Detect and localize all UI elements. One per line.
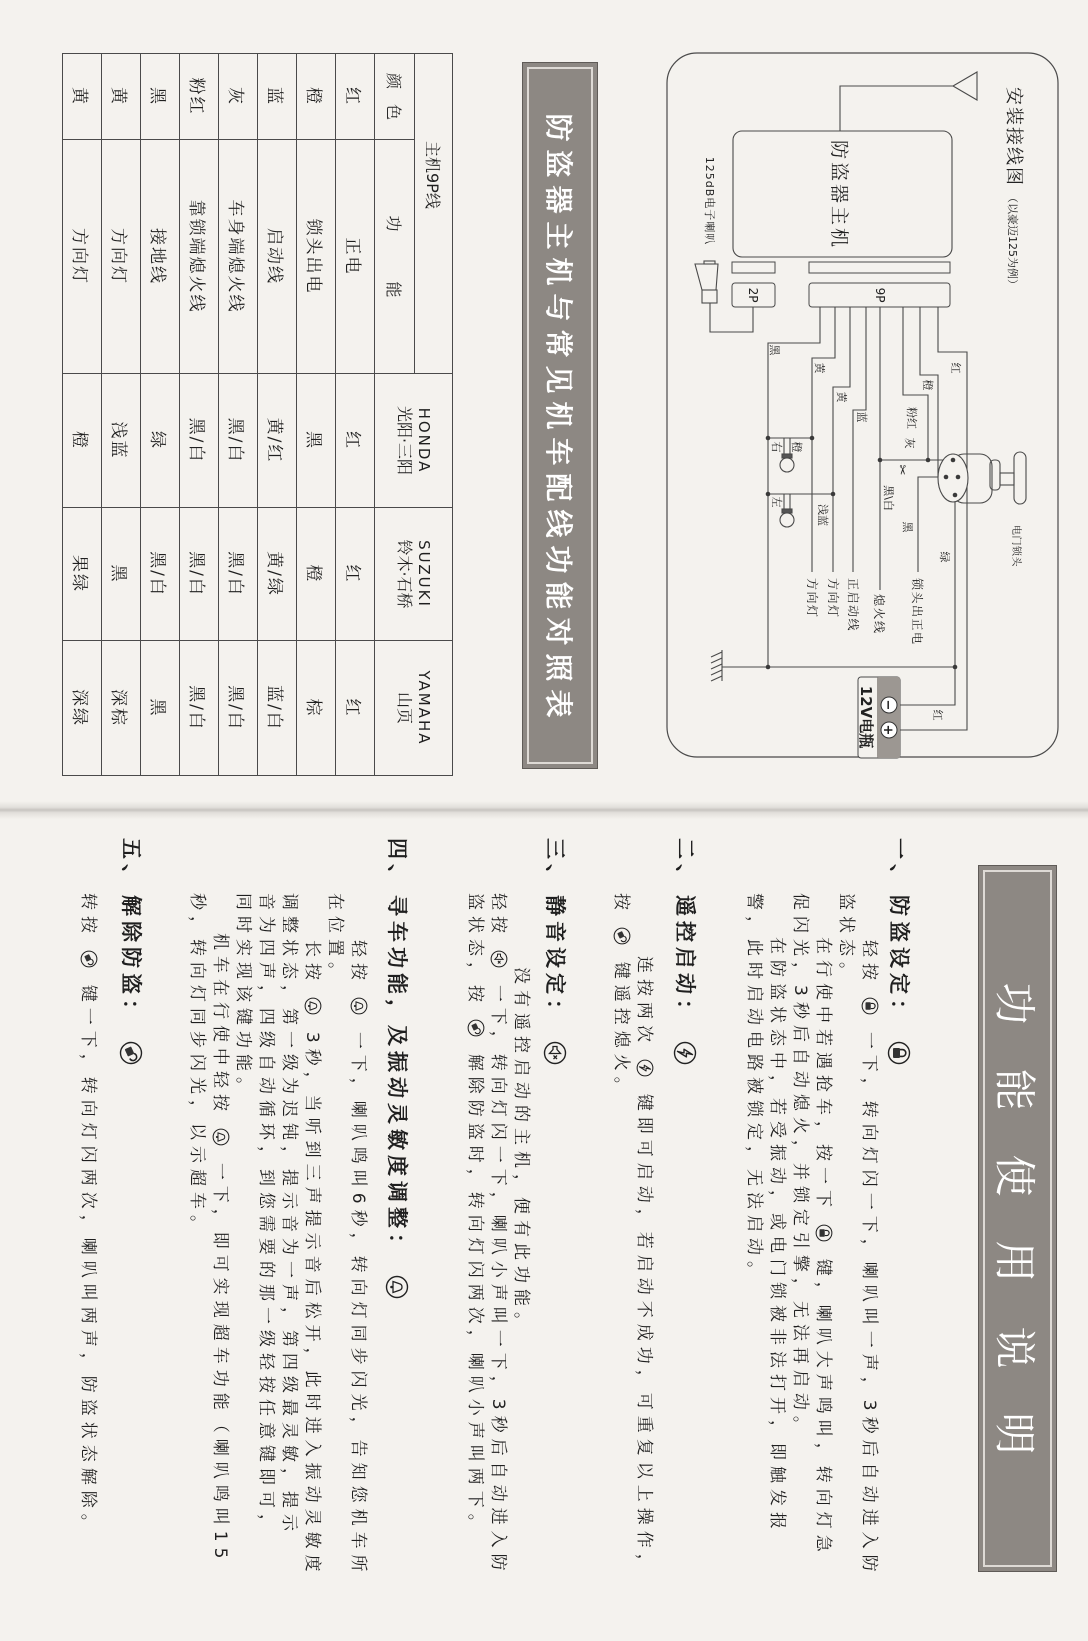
text-run: 一下，转向灯闪一下，喇叭叫一声，3秒后自动进入防 bbox=[859, 1032, 879, 1578]
table-row: 粉红 靠锁端熄火线 黑/白 黑/白 黑/白 bbox=[180, 54, 219, 776]
section-number: 二、 bbox=[672, 838, 698, 895]
text-line: 音为四声，四级自动循环，到您需要的那一级轻按任意键即可， bbox=[254, 893, 277, 1578]
bell-icon bbox=[210, 1117, 230, 1163]
text-run: 键一下，转向灯闪两次，喇叭叫两声，防盗状态解除。 bbox=[78, 985, 98, 1537]
cell-color: 红 bbox=[336, 54, 375, 140]
cell-yamaha: 深棕 bbox=[102, 641, 141, 776]
text-line: 连按两次 键即可启动，若启动不成功，可重复以上操作， bbox=[632, 893, 655, 1577]
header-function: 功能 bbox=[375, 140, 415, 374]
wiring-diagram: 安装接线图 （以豪迈125为例） 防盗器主机 2P 9P 125dB电子喇叭 bbox=[648, 0, 1088, 780]
text-run: 在位置。 bbox=[325, 893, 345, 985]
header-brand-suzuki: SUZUKI 铃木·石桥 bbox=[375, 508, 453, 641]
text-line: 没有遥控启动的主机，便有此功能。 bbox=[509, 893, 532, 1577]
section-body-disarm: 转按 键一下，转向灯闪两次，喇叭叫两声，防盗状态解除。 bbox=[76, 893, 99, 1537]
endpoint-label-lock-output: 锁头出正电 bbox=[910, 578, 925, 646]
cell-suzuki: 黑/白 bbox=[141, 508, 180, 641]
section-heading-find-car-sensitivity: 四、寻车功能，及振动灵敏度调整： bbox=[384, 838, 410, 1299]
text-run: 键遥控熄火。 bbox=[611, 962, 631, 1100]
lock-icon bbox=[859, 986, 879, 1032]
cell-suzuki: 红 bbox=[336, 508, 375, 641]
text-line: 同时实现该键功能。 bbox=[231, 893, 254, 1578]
text-run: 调整状态，第一级为迟钝，提示音为一声，第四级最灵敏，提示 bbox=[279, 893, 299, 1537]
brand-name-en: YAMAHA bbox=[414, 641, 433, 775]
text-run: 在行使中若遇抢车，按一下 bbox=[813, 937, 833, 1213]
cell-honda: 红 bbox=[336, 374, 375, 508]
speaker-label: 125dB电子喇叭 bbox=[703, 157, 717, 246]
cell-function: 方向灯 bbox=[63, 140, 102, 374]
unlock-icon bbox=[78, 939, 98, 985]
cell-function: 正电 bbox=[336, 140, 375, 374]
text-run: 解除防盗时，转向灯闪两次，喇叭小声叫两下。 bbox=[465, 1054, 485, 1537]
wire-blue bbox=[853, 307, 866, 572]
text-line: 轻按 一下，喇叭鸣叫6秒，转向灯同步闪光，告知您机车所 bbox=[346, 893, 369, 1578]
section-number: 五、 bbox=[118, 838, 144, 895]
section-title: 遥控启动： bbox=[673, 895, 697, 1025]
text-run: 没有遥控启动的主机，便有此功能。 bbox=[511, 967, 531, 1335]
mute-icon bbox=[543, 1025, 567, 1065]
bell-icon bbox=[302, 986, 322, 1032]
cell-color: 粉红 bbox=[180, 54, 219, 140]
lock-icon bbox=[813, 1213, 833, 1259]
section-title: 防盗设定： bbox=[887, 895, 911, 1025]
cell-yamaha: 深绿 bbox=[63, 641, 102, 776]
text-run: 长按 bbox=[302, 940, 322, 986]
cell-yamaha: 黑/白 bbox=[219, 641, 258, 776]
text-line: 盗状态。 bbox=[834, 893, 857, 1578]
text-run: 轻按 bbox=[348, 940, 368, 986]
table-row: 蓝 启动线 黄/红 黄/绿 蓝/白 bbox=[258, 54, 297, 776]
cell-color: 蓝 bbox=[258, 54, 297, 140]
instructions-title: 功能使用说明 bbox=[988, 982, 1048, 1498]
section-body-remote-start: 连按两次 键即可启动，若启动不成功，可重复以上操作，按 键遥控熄火。 bbox=[609, 893, 655, 1577]
text-line: 按 键遥控熄火。 bbox=[609, 893, 632, 1577]
cell-color: 橙 bbox=[297, 54, 336, 140]
wire-label: 粉红 bbox=[905, 407, 919, 429]
text-line: 轻按 一下，转向灯闪一下，喇叭小声叫一下，3秒后自动进入防 bbox=[486, 893, 509, 1577]
text-line: 轻按 一下，转向灯闪一下，喇叭叫一声，3秒后自动进入防 bbox=[857, 893, 880, 1578]
text-line: 在位置。 bbox=[323, 893, 346, 1578]
scissors-icon: ✂ bbox=[894, 465, 909, 476]
table-row: 红 正电 红 红 红 bbox=[336, 54, 375, 776]
text-run: 按 bbox=[611, 893, 631, 916]
speaker-icon bbox=[695, 261, 753, 332]
bulb-label-right-wire: 橙 bbox=[790, 442, 804, 453]
unlock-icon bbox=[119, 1025, 143, 1065]
cell-honda: 橙 bbox=[63, 374, 102, 508]
cell-yamaha: 黑 bbox=[141, 641, 180, 776]
page-fold-crease bbox=[0, 801, 1088, 819]
text-line: 秒，转向灯同步闪光，以示超车。 bbox=[185, 893, 208, 1578]
wire-label: 黑 bbox=[901, 522, 914, 534]
cell-honda: 黄/红 bbox=[258, 374, 297, 508]
cell-yamaha: 蓝/白 bbox=[258, 641, 297, 776]
table-title: 防盗器主机与常见机车配线功能对照表 bbox=[540, 113, 580, 725]
battery-minus-label: − bbox=[880, 700, 895, 711]
bulb-label-right: 右 bbox=[770, 442, 783, 453]
connector-2p-label: 2P bbox=[746, 288, 760, 303]
text-run: 轻按 bbox=[859, 940, 879, 986]
main-unit-label: 防盗器主机 bbox=[828, 140, 850, 250]
cell-honda: 黑/白 bbox=[180, 374, 219, 508]
text-line: 调整状态，第一级为迟钝，提示音为一声，第四级最灵敏，提示 bbox=[277, 893, 300, 1578]
cell-color: 黄 bbox=[63, 54, 102, 140]
instructions-title-banner: 功能使用说明 bbox=[978, 865, 1057, 1572]
section-heading-anti-theft-setup: 一、防盗设定： bbox=[886, 838, 912, 1065]
diagram-subtitle: （以豪迈125为例） bbox=[1006, 192, 1020, 290]
text-line: 盗状态，按 解除防盗时，转向灯闪两次，喇叭小声叫两下。 bbox=[463, 893, 486, 1577]
endpoint-label-turn-signal: 方向灯 bbox=[826, 578, 841, 619]
text-run: 音为四声，四级自动循环，到您需要的那一级轻按任意键即可， bbox=[256, 893, 276, 1537]
wire-yellow-1 bbox=[812, 307, 835, 572]
section-heading-disarm: 五、解除防盗： bbox=[118, 838, 144, 1065]
cell-honda: 浅蓝 bbox=[102, 374, 141, 508]
cell-function: 启动线 bbox=[258, 140, 297, 374]
section-number: 四、 bbox=[384, 838, 410, 895]
connector-2p-strip bbox=[732, 262, 775, 273]
section-heading-silent-mode: 三、静音设定： bbox=[542, 838, 568, 1065]
text-line: 在行使中若遇抢车，按一下 键，喇叭大声鸣叫，转向灯急 bbox=[811, 893, 834, 1578]
unlock-icon bbox=[465, 1008, 485, 1054]
brand-name-cn: 山页 bbox=[394, 641, 414, 775]
brand-name-en: HONDA bbox=[414, 374, 433, 507]
bulb-label-left: 左 bbox=[770, 497, 783, 508]
wire-label: 灰 bbox=[903, 438, 916, 449]
brand-name-cn: 光阳·三阳 bbox=[394, 374, 414, 507]
table-header-row: 主机9P线 HONDA 光阳·三阳 SUZUKI 铃木·石桥 YAMAHA 山页 bbox=[415, 54, 453, 776]
battery-plus-label: + bbox=[880, 725, 895, 736]
section-body-anti-theft-setup: 轻按 一下，转向灯闪一下，喇叭叫一声，3秒后自动进入防盗状态。在行使中若遇抢车，… bbox=[742, 893, 880, 1578]
cell-suzuki: 黑/白 bbox=[180, 508, 219, 641]
brand-name-en: SUZUKI bbox=[414, 508, 433, 640]
lightning-icon bbox=[673, 1025, 697, 1065]
header-brand-yamaha: YAMAHA 山页 bbox=[375, 641, 453, 776]
section-number: 一、 bbox=[886, 838, 912, 895]
endpoint-label-start-wire: 正启动线 bbox=[846, 578, 861, 632]
table-title-banner: 防盗器主机与常见机车配线功能对照表 bbox=[522, 62, 598, 769]
cell-function: 接地线 bbox=[141, 140, 180, 374]
text-line: 在防盗状态中，若受振动，或电门锁被非法打开，即触发报 bbox=[765, 893, 788, 1578]
text-run: 转按 bbox=[78, 893, 98, 939]
section-body-find-car-sensitivity: 轻按 一下，喇叭鸣叫6秒，转向灯同步闪光，告知您机车所在位置。长按 3秒，当听到… bbox=[185, 893, 369, 1578]
ground-icon bbox=[711, 650, 722, 681]
bell-icon bbox=[385, 1259, 409, 1299]
table-row: 黑 接地线 绿 黑/白 黑 bbox=[141, 54, 180, 776]
diagram-frame bbox=[667, 53, 1058, 757]
cell-color: 黄 bbox=[102, 54, 141, 140]
wire-label: 黑 bbox=[768, 345, 781, 357]
text-run: 3秒，当听到三声提示音后松开，此时进入振动灵敏度 bbox=[302, 1032, 322, 1578]
junction-dots bbox=[766, 436, 961, 670]
table-row: 黄 方向灯 橙 果绿 深绿 bbox=[63, 54, 102, 776]
cell-honda: 黑 bbox=[297, 374, 336, 508]
section-heading-remote-start: 二、遥控启动： bbox=[672, 838, 698, 1065]
text-run: 同时实现该键功能。 bbox=[233, 893, 253, 1100]
section-number: 三、 bbox=[542, 838, 568, 895]
diagram-title: 安装接线图 bbox=[1003, 87, 1024, 187]
wire-label: 绿 bbox=[938, 552, 951, 563]
wire-label: 黄 bbox=[835, 392, 849, 404]
ignition-lock-label: 电门锁头 bbox=[1010, 525, 1023, 567]
cell-honda: 黑/白 bbox=[219, 374, 258, 508]
text-run: 警，此时启动电路被锁定，无法启动。 bbox=[744, 893, 764, 1284]
bell-icon bbox=[348, 986, 368, 1032]
cell-suzuki: 橙 bbox=[297, 508, 336, 641]
endpoint-label-kill-wire: 熄火线 bbox=[872, 594, 887, 635]
cell-yamaha: 黑/白 bbox=[180, 641, 219, 776]
wire-label: 黑\白 bbox=[882, 485, 895, 511]
cell-function: 锁头出电 bbox=[297, 140, 336, 374]
table-row: 黄 方向灯 浅蓝 黑 深棕 bbox=[102, 54, 141, 776]
cell-suzuki: 果绿 bbox=[63, 508, 102, 641]
header-brand-honda: HONDA 光阳·三阳 bbox=[375, 374, 453, 508]
text-run: 一下，喇叭鸣叫6秒，转向灯同步闪光，告知您机车所 bbox=[348, 1032, 368, 1578]
text-run: 在防盗状态中，若受振动，或电门锁被非法打开，即触发报 bbox=[767, 937, 787, 1535]
cell-suzuki: 黑 bbox=[102, 508, 141, 641]
cell-function: 靠锁端熄火线 bbox=[180, 140, 219, 374]
unlock-icon bbox=[611, 916, 631, 962]
wire-label: 蓝 bbox=[855, 412, 869, 423]
section-title: 解除防盗： bbox=[119, 895, 143, 1025]
battery-label: 12V电瓶 bbox=[857, 686, 875, 748]
lightning-icon bbox=[634, 1048, 654, 1094]
header-host-9p-wires: 主机9P线 bbox=[415, 54, 453, 374]
text-run: 机车在行使中轻按 bbox=[210, 933, 230, 1117]
text-run: 促闪光，3秒后自动熄火，并锁定引擎，无法再启动。 bbox=[790, 893, 810, 1439]
text-run: 一下，转向灯闪一下，喇叭小声叫一下，3秒后自动进入防 bbox=[488, 985, 508, 1577]
wire-orange bbox=[920, 307, 938, 477]
cell-color: 灰 bbox=[219, 54, 258, 140]
cell-suzuki: 黄/绿 bbox=[258, 508, 297, 641]
wire-label: 黄 bbox=[813, 363, 827, 375]
text-run: 盗状态，按 bbox=[465, 893, 485, 1008]
cell-function: 方向灯 bbox=[102, 140, 141, 374]
mute-icon bbox=[488, 939, 508, 985]
text-run: 轻按 bbox=[488, 893, 508, 939]
section-body-silent-mode: 没有遥控启动的主机，便有此功能。轻按 一下，转向灯闪一下，喇叭小声叫一下，3秒后… bbox=[463, 893, 532, 1577]
wiring-comparison-table: 主机9P线 HONDA 光阳·三阳 SUZUKI 铃木·石桥 YAMAHA 山页… bbox=[62, 53, 453, 776]
brand-name-cn: 铃木·石桥 bbox=[394, 508, 414, 640]
lock-icon bbox=[887, 1025, 911, 1065]
cell-yamaha: 棕 bbox=[297, 641, 336, 776]
header-color: 颜色 bbox=[375, 54, 415, 140]
text-line: 警，此时启动电路被锁定，无法启动。 bbox=[742, 893, 765, 1578]
section-title: 寻车功能，及振动灵敏度调整： bbox=[385, 895, 409, 1259]
wire-label: 红 bbox=[931, 710, 944, 721]
text-line: 长按 3秒，当听到三声提示音后松开，此时进入振动灵敏度 bbox=[300, 893, 323, 1578]
text-run: 一下，即可实现超车功能（喇叭鸣叫15 bbox=[210, 1163, 230, 1565]
cell-yamaha: 红 bbox=[336, 641, 375, 776]
endpoint-label-turn-signal: 方向灯 bbox=[805, 578, 820, 619]
scanned-manual-spread: 安装接线图 （以豪迈125为例） 防盗器主机 2P 9P 125dB电子喇叭 bbox=[0, 0, 1088, 1641]
text-line: 机车在行使中轻按 一下，即可实现超车功能（喇叭鸣叫15 bbox=[208, 893, 231, 1578]
text-line: 转按 键一下，转向灯闪两次，喇叭叫两声，防盗状态解除。 bbox=[76, 893, 99, 1537]
connector-9p-strip bbox=[809, 262, 950, 273]
text-run: 秒，转向灯同步闪光，以示超车。 bbox=[187, 893, 207, 1238]
text-run: 键即可启动，若启动不成功，可重复以上操作， bbox=[634, 1094, 654, 1577]
text-run: 键，喇叭大声鸣叫，转向灯急 bbox=[813, 1259, 833, 1558]
text-run: 盗状态。 bbox=[836, 893, 856, 985]
cell-honda: 绿 bbox=[141, 374, 180, 508]
text-run: 连按两次 bbox=[634, 956, 654, 1048]
antenna-icon bbox=[840, 72, 977, 131]
table-row: 橙 锁头出电 黑 橙 棕 bbox=[297, 54, 336, 776]
wire-label: 橙 bbox=[921, 380, 935, 391]
table-row: 灰 车身端熄火线 黑/白 黑/白 黑/白 bbox=[219, 54, 258, 776]
text-line: 促闪光，3秒后自动熄火，并锁定引擎，无法再启动。 bbox=[788, 893, 811, 1578]
cell-function: 车身端熄火线 bbox=[219, 140, 258, 374]
cell-color: 黑 bbox=[141, 54, 180, 140]
section-title: 静音设定： bbox=[543, 895, 567, 1025]
connector-9p-label: 9P bbox=[873, 288, 887, 303]
wire-label: 浅蓝 bbox=[816, 504, 830, 526]
cell-suzuki: 黑/白 bbox=[219, 508, 258, 641]
wire-label: 红 bbox=[949, 363, 962, 374]
